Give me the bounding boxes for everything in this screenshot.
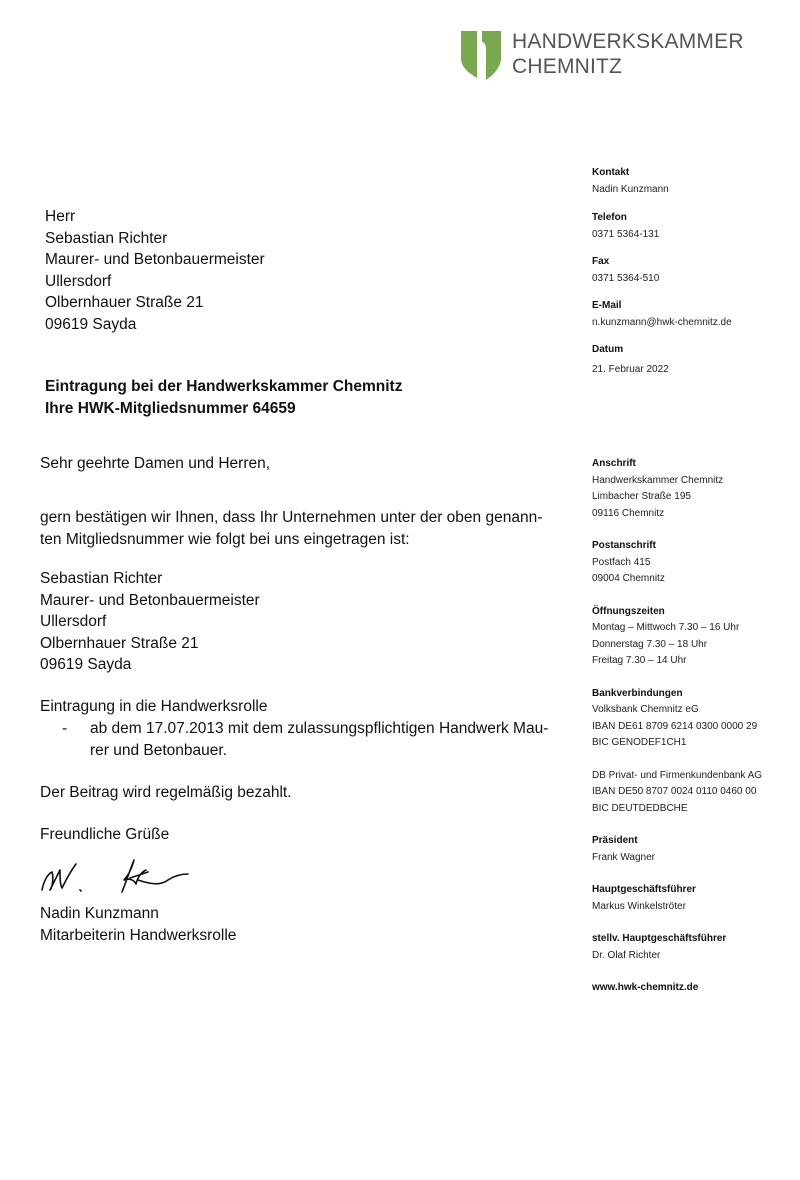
intro-line-2: ten Mitgliedsnummer wie folgt bei uns ei…	[40, 529, 560, 551]
anschrift-line: Handwerkskammer Chemnitz	[592, 473, 792, 490]
bank1-line: Volksbank Chemnitz eG	[592, 702, 792, 719]
bank-label: Bankverbindungen	[592, 686, 792, 703]
fee-note: Der Beitrag wird regelmäßig bezahlt.	[40, 782, 292, 804]
bank2-line: IBAN DE50 8707 0024 0110 0460 00	[592, 784, 792, 801]
recipient-street: Olbernhauer Straße 21	[45, 292, 265, 314]
oeffnungszeiten-line: Freitag 7.30 – 14 Uhr	[592, 653, 792, 670]
stellv-hgf-value: Dr. Olaf Richter	[592, 948, 792, 965]
signature-icon	[38, 850, 198, 900]
greeting: Sehr geehrte Damen und Herren,	[40, 453, 270, 475]
recipient-salutation: Herr	[45, 206, 265, 228]
signer-name: Nadin Kunzmann	[40, 903, 236, 925]
company-address: Sebastian Richter Maurer- und Betonbauer…	[40, 568, 260, 676]
bank2-line: BIC DEUTDEDBCHE	[592, 801, 792, 818]
recipient-name: Sebastian Richter	[45, 228, 265, 250]
entry-text: ab dem 17.07.2013 mit dem zulassungspfli…	[90, 718, 560, 761]
recipient-city: 09619 Sayda	[45, 314, 265, 336]
letter-subject: Eintragung bei der Handwerkskammer Chemn…	[45, 376, 402, 419]
entry-line-2: rer und Betonbauer.	[90, 740, 560, 762]
oeffnungszeiten-line: Montag – Mittwoch 7.30 – 16 Uhr	[592, 620, 792, 637]
intro-paragraph: gern bestätigen wir Ihnen, dass Ihr Unte…	[40, 507, 560, 550]
bullet-dash: -	[40, 718, 90, 761]
entry-list-item: - ab dem 17.07.2013 mit dem zulassungspf…	[40, 718, 560, 761]
intro-line-1: gern bestätigen wir Ihnen, dass Ihr Unte…	[40, 507, 560, 529]
praesident-value: Frank Wagner	[592, 850, 792, 867]
oeffnungszeiten-label: Öffnungszeiten	[592, 604, 792, 621]
anschrift-line: 09116 Chemnitz	[592, 506, 792, 523]
datum-label: Datum	[592, 342, 792, 359]
telefon-label: Telefon	[592, 210, 792, 227]
bank1-line: IBAN DE61 8709 6214 0300 0000 29	[592, 719, 792, 736]
recipient-title: Maurer- und Betonbauermeister	[45, 249, 265, 271]
entry-line-1: ab dem 17.07.2013 mit dem zulassungspfli…	[90, 718, 560, 740]
subject-line-2: Ihre HWK-Mitgliedsnummer 64659	[45, 398, 402, 420]
logo-line-2: CHEMNITZ	[512, 54, 744, 79]
recipient-address: Herr Sebastian Richter Maurer- und Beton…	[45, 206, 265, 335]
hwk-logo: HANDWERKSKAMMER CHEMNITZ	[460, 30, 744, 82]
postanschrift-label: Postanschrift	[592, 538, 792, 555]
entry-heading: Eintragung in die Handwerksrolle	[40, 696, 267, 718]
postanschrift-line: 09004 Chemnitz	[592, 571, 792, 588]
hgf-value: Markus Winkelströter	[592, 899, 792, 916]
datum-value: 21. Februar 2022	[592, 362, 792, 379]
closing: Freundliche Grüße	[40, 824, 169, 846]
sidebar-info: Kontakt Nadin Kunzmann Telefon 0371 5364…	[592, 165, 792, 997]
hgf-label: Hauptgeschäftsführer	[592, 882, 792, 899]
company-name: Sebastian Richter	[40, 568, 260, 590]
bank2-line: DB Privat- und Firmenkundenbank AG	[592, 768, 792, 785]
oeffnungszeiten-line: Donnerstag 7.30 – 18 Uhr	[592, 637, 792, 654]
postanschrift-line: Postfach 415	[592, 555, 792, 572]
logo-wordmark: HANDWERKSKAMMER CHEMNITZ	[512, 29, 744, 79]
praesident-label: Präsident	[592, 833, 792, 850]
handwritten-signature	[38, 850, 198, 904]
kontakt-value: Nadin Kunzmann	[592, 182, 792, 199]
subject-line-1: Eintragung bei der Handwerkskammer Chemn…	[45, 376, 402, 398]
website-link[interactable]: www.hwk-chemnitz.de	[592, 980, 792, 997]
bank1-line: BIC GENODEF1CH1	[592, 735, 792, 752]
email-value[interactable]: n.kunzmann@hwk-chemnitz.de	[592, 315, 792, 332]
email-label: E-Mail	[592, 298, 792, 315]
anschrift-line: Limbacher Straße 195	[592, 489, 792, 506]
company-street: Olbernhauer Straße 21	[40, 633, 260, 655]
logo-line-1: HANDWERKSKAMMER	[512, 29, 744, 54]
company-city: 09619 Sayda	[40, 654, 260, 676]
kontakt-label: Kontakt	[592, 165, 792, 182]
telefon-value: 0371 5364-131	[592, 227, 792, 244]
hwk-shield-logo-icon	[460, 30, 502, 82]
company-title: Maurer- und Betonbauermeister	[40, 590, 260, 612]
recipient-locality: Ullersdorf	[45, 271, 265, 293]
anschrift-label: Anschrift	[592, 456, 792, 473]
company-locality: Ullersdorf	[40, 611, 260, 633]
fax-label: Fax	[592, 254, 792, 271]
signer-block: Nadin Kunzmann Mitarbeiterin Handwerksro…	[40, 903, 236, 946]
signer-role: Mitarbeiterin Handwerksrolle	[40, 925, 236, 947]
stellv-hgf-label: stellv. Hauptgeschäftsführer	[592, 931, 792, 948]
fax-value: 0371 5364-510	[592, 271, 792, 288]
